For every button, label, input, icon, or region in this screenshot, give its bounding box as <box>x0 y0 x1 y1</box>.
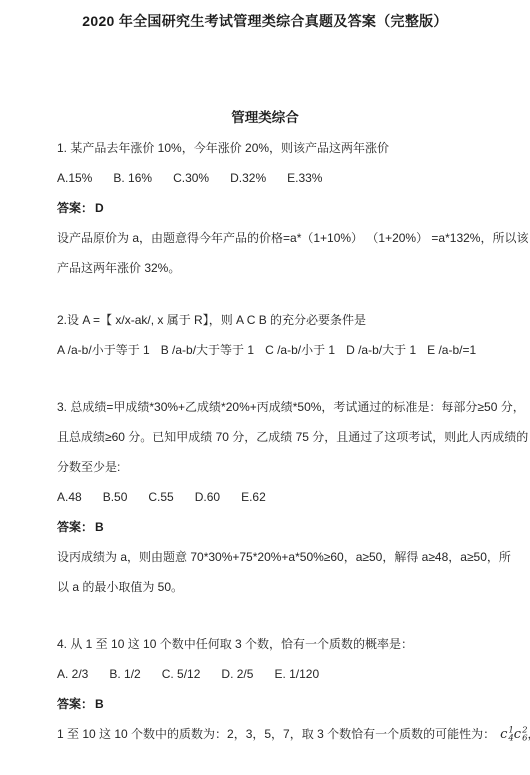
combination-formula: c 1 4 c 2 6 <box>500 726 527 742</box>
option-e: E.33% <box>287 163 322 193</box>
option-d: D.60 <box>195 482 220 512</box>
document-page: 2020 年全国研究生考试管理类综合真题及答案（完整版） 管理类综合 1. 某产… <box>0 0 530 775</box>
question-3-answer: 答案：B <box>57 512 475 542</box>
question-1-answer: 答案：D <box>57 193 475 223</box>
answer-value: B <box>95 697 104 711</box>
option-d: D. 2/5 <box>221 659 253 689</box>
option-c: C.30% <box>173 163 209 193</box>
subscript: 4 <box>508 735 513 743</box>
option-d: D.32% <box>230 163 266 193</box>
option-e: E.62 <box>241 482 266 512</box>
option-e: E. 1/120 <box>274 659 319 689</box>
answer-label: 答案： <box>57 201 93 215</box>
question-3: 3. 总成绩=甲成绩*30%+乙成绩*20%+丙成绩*50%，考试通过的标准是：… <box>57 392 475 602</box>
question-1-options: A.15% B. 16% C.30% D.32% E.33% <box>57 163 475 193</box>
question-2-options: A /a-b/小于等于 1 B /a-b/大于等于 1 C /a-b/小于 1 … <box>57 335 475 365</box>
option-a: A.48 <box>57 482 82 512</box>
answer-label: 答案： <box>57 520 93 534</box>
answer-value: D <box>95 201 104 215</box>
question-3-options: A.48 B.50 C.55 D.60 E.62 <box>57 482 475 512</box>
question-1: 1. 某产品去年涨价 10%，今年涨价 20%，则该产品这两年涨价 A.15% … <box>57 133 475 283</box>
option-d: D /a-b/大于 1 <box>346 335 416 365</box>
option-a: A. 2/3 <box>57 659 88 689</box>
doc-title: 2020 年全国研究生考试管理类综合真题及答案（完整版） <box>0 0 530 33</box>
question-4-explanation-line-1: 1 至 10 这 10 个数中的质数为：2，3，5，7，取 3 个数恰有一个质数… <box>57 719 475 749</box>
explanation-text: 1 至 10 这 10 个数中的质数为：2，3，5，7，取 3 个数恰有一个质数… <box>57 719 495 749</box>
question-3-text-line-2: 且总成绩≥60 分。已知甲成绩 70 分，乙成绩 75 分，且通过了这项考试，则… <box>57 422 475 452</box>
option-c: C.55 <box>148 482 173 512</box>
question-4-answer: 答案：B <box>57 689 475 719</box>
question-2: 2.设 A =【 x/x-ak/, x 属于 R】，则 A C B 的充分必要条… <box>57 305 475 365</box>
question-4-options: A. 2/3 B. 1/2 C. 5/12 D. 2/5 E. 1/120 <box>57 659 475 689</box>
answer-value: B <box>95 520 104 534</box>
option-c: C. 5/12 <box>162 659 201 689</box>
option-a: A.15% <box>57 163 92 193</box>
combination-c6-2: c 2 6 <box>514 726 528 742</box>
question-1-explanation-line-1: 设产品原价为 a，由题意得今年产品的价格=a*（1+10%） （1+20%） =… <box>57 223 475 253</box>
option-b: B.50 <box>103 482 128 512</box>
question-2-text: 2.设 A =【 x/x-ak/, x 属于 R】，则 A C B 的充分必要条… <box>57 305 475 335</box>
question-3-explanation-line-2: 以 a 的最小取值为 50。 <box>57 572 475 602</box>
option-a: A /a-b/小于等于 1 <box>57 335 150 365</box>
question-4-text: 4. 从 1 至 10 这 10 个数中任何取 3 个数，恰有一个质数的概率是： <box>57 629 475 659</box>
question-3-text-line-1: 3. 总成绩=甲成绩*30%+乙成绩*20%+丙成绩*50%，考试通过的标准是：… <box>57 392 475 422</box>
document-body: 1. 某产品去年涨价 10%，今年涨价 20%，则该产品这两年涨价 A.15% … <box>0 133 530 749</box>
option-b: B /a-b/大于等于 1 <box>161 335 254 365</box>
subscript: 6 <box>522 735 527 743</box>
question-1-explanation-line-2: 产品这两年涨价 32%。 <box>57 253 475 283</box>
combination-c4-1: c 1 4 <box>500 726 514 742</box>
option-b: B. 1/2 <box>109 659 140 689</box>
option-c: C /a-b/小于 1 <box>265 335 335 365</box>
question-3-explanation-line-1: 设丙成绩为 a，则由题意 70*30%+75*20%+a*50%≥60，a≥50… <box>57 542 475 572</box>
question-1-text: 1. 某产品去年涨价 10%，今年涨价 20%，则该产品这两年涨价 <box>57 133 475 163</box>
question-4: 4. 从 1 至 10 这 10 个数中任何取 3 个数，恰有一个质数的概率是：… <box>57 629 475 749</box>
section-title: 管理类综合 <box>0 103 530 133</box>
answer-label: 答案： <box>57 697 93 711</box>
question-3-text-line-3: 分数至少是: <box>57 452 475 482</box>
option-e: E /a-b/=1 <box>427 335 476 365</box>
option-b: B. 16% <box>113 163 152 193</box>
